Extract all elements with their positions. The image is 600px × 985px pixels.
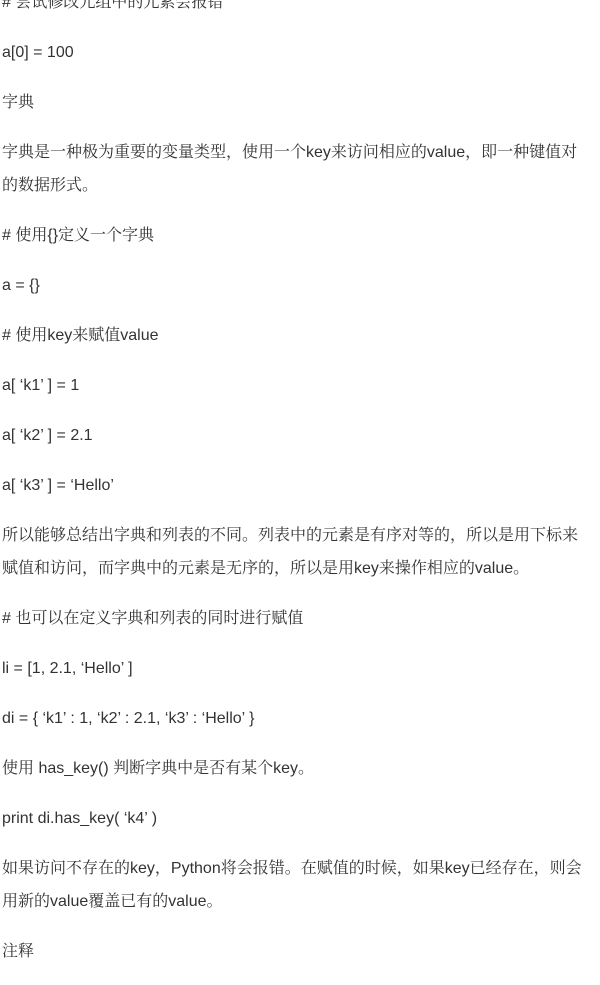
comment-tuple-modify-error: # 尝试修改元组中的元素会报错 <box>2 0 588 19</box>
code-line-empty-dict: a = {} <box>2 269 588 302</box>
heading-dictionary: 字典 <box>2 86 588 119</box>
code-line-k3-assign: a[ ‘k3’ ] = ‘Hello’ <box>2 469 588 502</box>
code-line-list-literal: li = [1, 2.1, ‘Hello’ ] <box>2 652 588 685</box>
heading-comments: 注释 <box>2 935 588 960</box>
paragraph-key-error-note: 如果访问不存在的key，Python将会报错。在赋值的时候，如果key已经存在，… <box>2 852 588 918</box>
paragraph-dict-intro: 字典是一种极为重要的变量类型，使用一个key来访问相应的value，即一种键值对… <box>2 136 588 202</box>
comment-define-together: # 也可以在定义字典和列表的同时进行赋值 <box>2 602 588 635</box>
code-line-k2-assign: a[ ‘k2’ ] = 2.1 <box>2 419 588 452</box>
code-line-dict-literal: di = { ‘k1’ : 1, ‘k2’ : 2.1, ‘k3’ : ‘Hel… <box>2 702 588 735</box>
comment-key-assign-value: # 使用key来赋值value <box>2 319 588 352</box>
article-body: # 尝试修改元组中的元素会报错 a[0] = 100 字典 字典是一种极为重要的… <box>0 0 600 960</box>
paragraph-dict-vs-list: 所以能够总结出字典和列表的不同。列表中的元素是有序对等的，所以是用下标来赋值和访… <box>2 519 588 585</box>
code-line-k1-assign: a[ ‘k1’ ] = 1 <box>2 369 588 402</box>
code-line-print-has-key: print di.has_key( ‘k4’ ) <box>2 802 588 835</box>
paragraph-has-key-usage: 使用 has_key() 判断字典中是否有某个key。 <box>2 752 588 785</box>
code-line-a0-assign: a[0] = 100 <box>2 36 588 69</box>
comment-define-dict: # 使用{}定义一个字典 <box>2 219 588 252</box>
